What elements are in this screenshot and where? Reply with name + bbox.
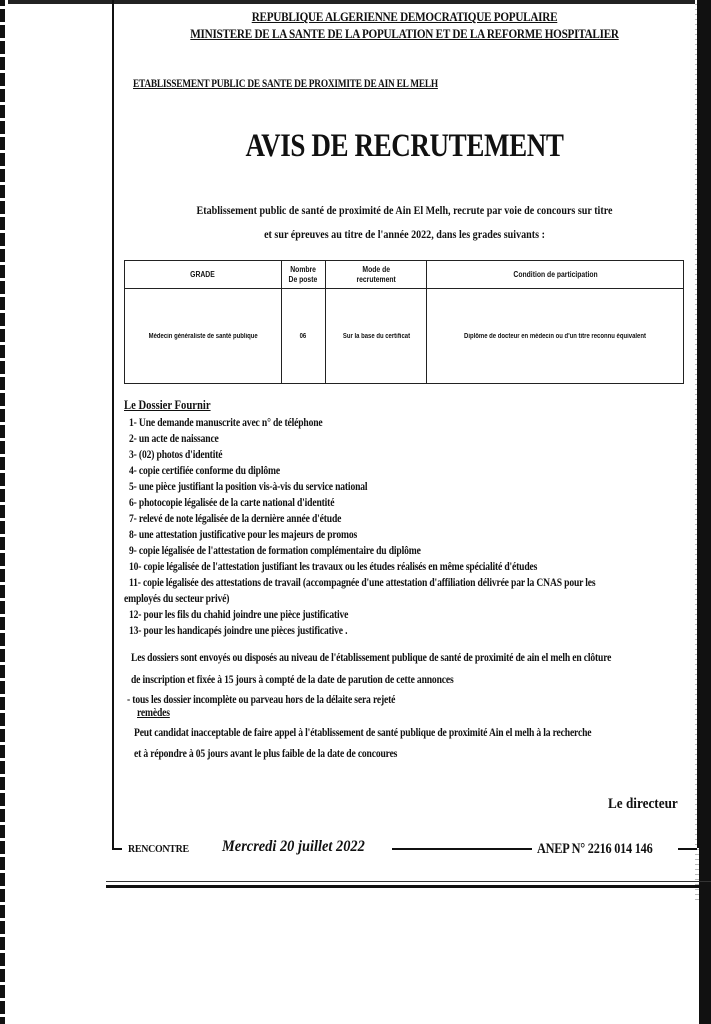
cell-mode: Sur la base du certificat — [325, 289, 427, 384]
notice-paragraph-3-line-2: et à répondre à 05 jours avant le plus f… — [134, 746, 397, 761]
cell-condition: Diplôme de docteur en médecin ou d'un ti… — [427, 289, 684, 384]
scan-edge-right — [699, 0, 711, 1024]
cell-nombre: 06 — [281, 289, 325, 384]
list-item: 9- copie légalisée de l'attestation de f… — [129, 543, 421, 558]
list-item: 3- (02) photos d'identité — [129, 447, 222, 462]
page-rule-thick — [106, 885, 711, 888]
intro-line-1: Etablissement public de santé de proximi… — [159, 203, 650, 218]
scan-edge-left — [0, 0, 5, 1024]
frame-corner-left — [112, 848, 122, 850]
ministry-heading: MINISTERE DE LA SANTE DE LA POPULATION E… — [153, 26, 656, 42]
remedes-heading: remèdes — [137, 705, 170, 720]
cell-grade: Médecin généraliste de santé publique — [125, 289, 282, 384]
signature: Le directeur — [608, 796, 678, 813]
list-item: 1- Une demande manuscrite avec n° de tél… — [129, 415, 323, 430]
grades-table: GRADE Nombre De poste Mode de recrutemen… — [124, 260, 684, 384]
notice-paragraph-1-line-2: de inscription et fixée à 15 jours à com… — [131, 672, 454, 687]
dossier-title: Le Dossier Fournir — [124, 398, 211, 413]
establishment-heading: ETABLISSEMENT PUBLIC DE SANTE DE PROXIMI… — [133, 76, 438, 91]
table-header-row: GRADE Nombre De poste Mode de recrutemen… — [125, 261, 684, 289]
intro-line-2: et sur épreuves au titre de l'année 2022… — [159, 227, 650, 242]
table-row: Médecin généraliste de santé publique 06… — [125, 289, 684, 384]
notice-paragraph-3-line-1: Peut candidat inacceptable de faire appe… — [134, 725, 591, 740]
anep-number: ANEP N° 2216 014 146 — [537, 841, 652, 858]
notice-paragraph-1-line-1: Les dossiers sont envoyés ou disposés au… — [131, 650, 611, 665]
page-title: AVIS DE RECRUTEMENT — [165, 128, 645, 165]
header-mode: Mode de recrutement — [325, 261, 427, 289]
republic-heading: REPUBLIQUE ALGERIENNE DEMOCRATIQUE POPUL… — [153, 9, 656, 25]
list-item: 12- pour les fils du chahid joindre une … — [129, 607, 348, 622]
footer-divider — [392, 848, 532, 850]
list-item: 8- une attestation justificative pour le… — [129, 527, 357, 542]
list-item: 5- une pièce justifiant la position vis-… — [129, 479, 367, 494]
frame-corner-right — [678, 848, 697, 850]
list-item: 2- un acte de naissance — [129, 431, 219, 446]
list-item: 13- pour les handicapés joindre une pièc… — [129, 623, 347, 638]
newspaper-brand: RENCONTRE — [128, 843, 189, 855]
header-nombre: Nombre De poste — [281, 261, 325, 289]
header-grade: GRADE — [125, 261, 282, 289]
list-item: 4- copie certifiée conforme du diplôme — [129, 463, 280, 478]
list-item: 10- copie légalisée de l'attestation jus… — [129, 559, 537, 574]
list-item: 6- photocopie légalisée de la carte nati… — [129, 495, 334, 510]
publication-date: Mercredi 20 juillet 2022 — [222, 838, 365, 856]
page-rule-thin — [106, 881, 711, 882]
list-item: 7- relevé de note légalisée de la derniè… — [129, 511, 341, 526]
list-item: 11- copie légalisée des attestations de … — [129, 575, 595, 590]
header-condition: Condition de participation — [427, 261, 684, 289]
list-item-continued: employés du secteur privé) — [124, 591, 229, 606]
